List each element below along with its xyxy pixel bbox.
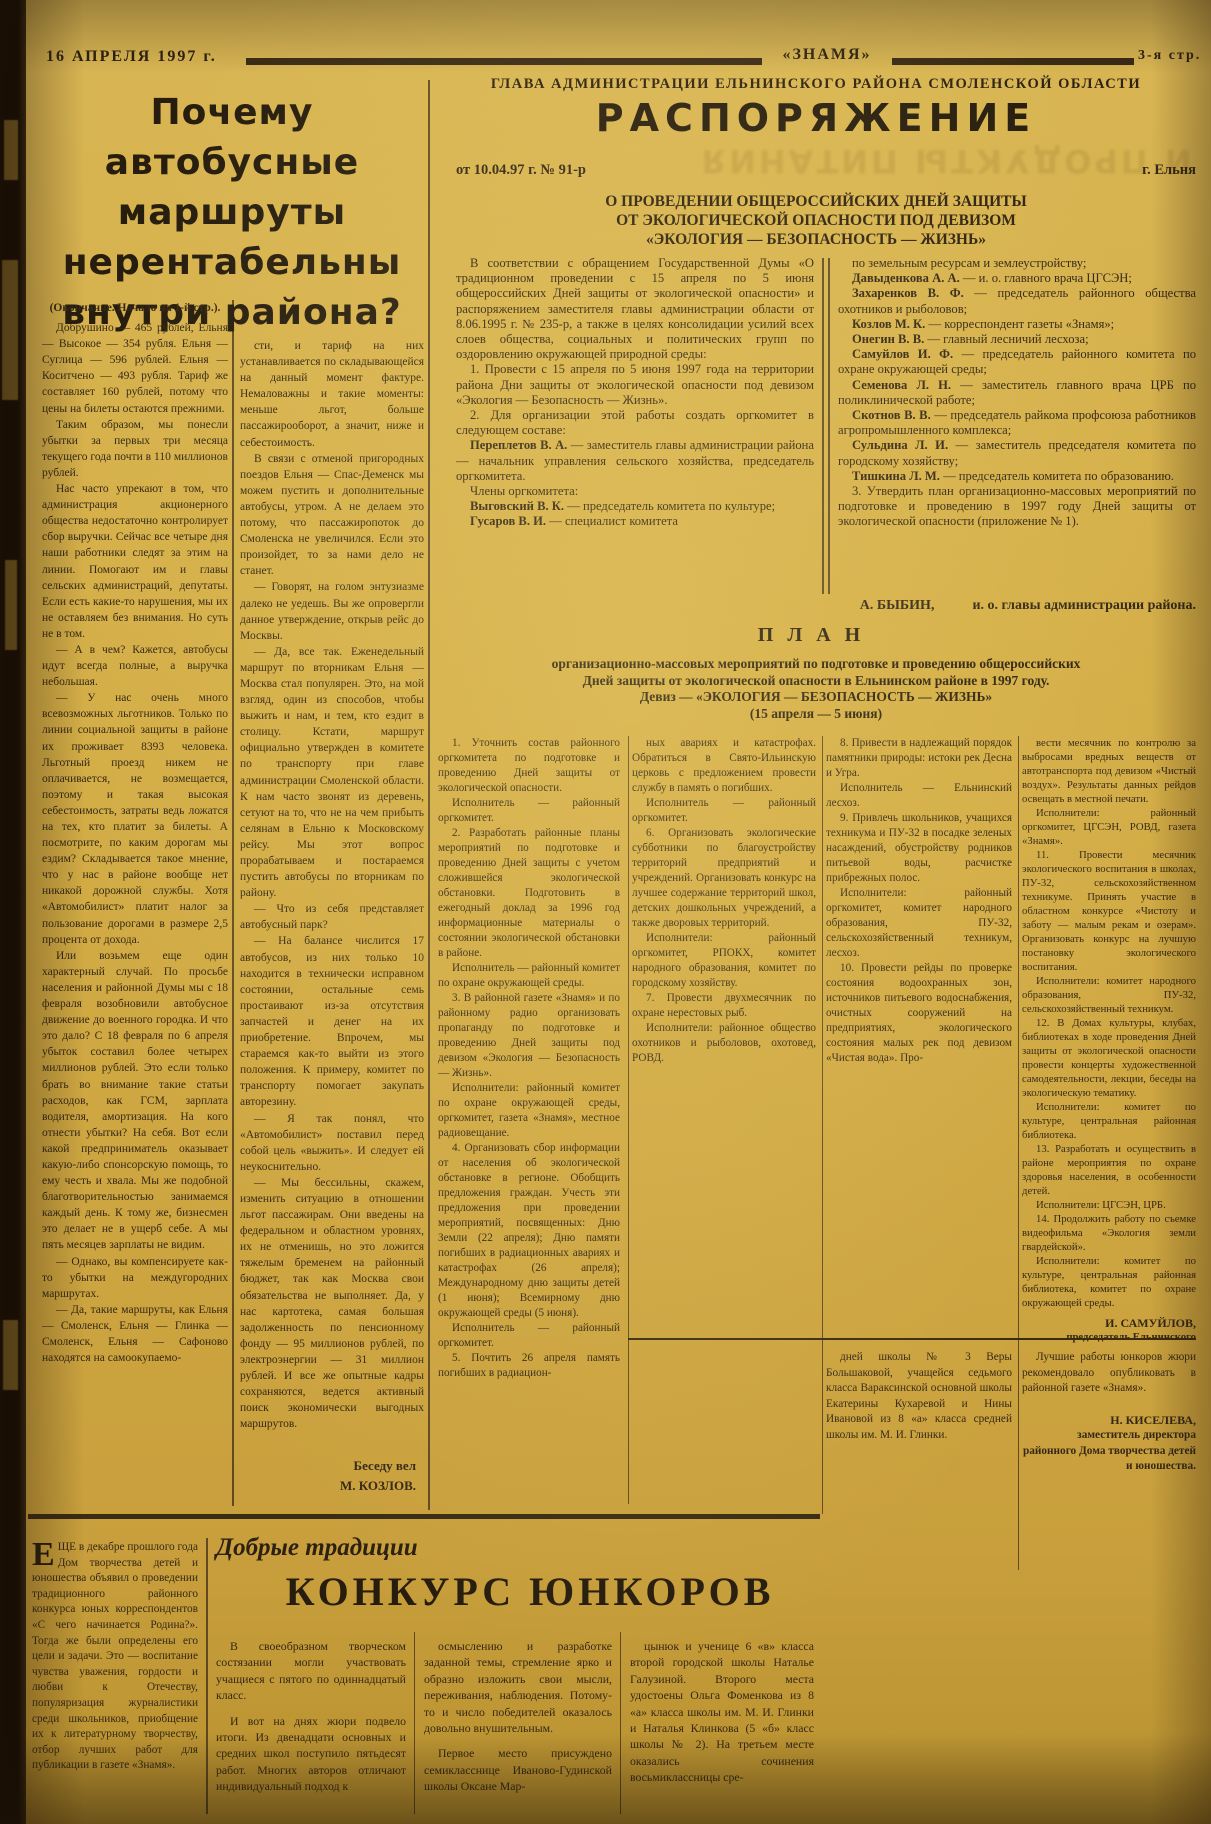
plan-paragraph: Исполнитель — районный оргкомитет. — [632, 796, 816, 826]
continuation-note: (Окончание. Начало на 1-й стр.). — [42, 300, 228, 316]
headline-line: маршруты — [38, 188, 426, 238]
masthead-rule-right — [892, 58, 1134, 65]
order-paragraph: Переплетов В. А. — заместитель главы адм… — [456, 438, 814, 484]
page-spine-shadow — [0, 0, 26, 1824]
order-signature: А. БЫБИН,и. о. главы администрации район… — [456, 598, 1196, 614]
article-paragraph: — У нас очень много всевозможных льготни… — [42, 690, 228, 948]
order-paragraph: Тишкина Л. М. — председатель комитета по… — [838, 469, 1196, 484]
article-paragraph: В связи с отменой пригородных поездов Ел… — [240, 451, 424, 580]
junior-headline: КОНКУРС ЮНКОРОВ — [250, 1568, 810, 1615]
order-signature-name: А. БЫБИН, — [860, 598, 935, 613]
article-paragraph: — На балансе числится 17 автобусов, из н… — [240, 933, 424, 1110]
article-paragraph: Таким образом, мы понесли убытки за перв… — [42, 417, 228, 481]
order-paragraph: Захаренков В. Ф. — председатель районног… — [838, 286, 1196, 316]
article-column-2-text: сти, и тариф на них устанавливается по с… — [240, 338, 424, 1432]
article-paragraph: — Да, все так. Еженедельный маршрут по в… — [240, 644, 424, 902]
junior-signature-title: заместитель директора районного Дома тво… — [1023, 1429, 1196, 1472]
junior-column-3: цынюк и ученице 6 «в» класса второй горо… — [630, 1638, 814, 1816]
plan-paragraph: ных авариях и катастрофах. Обратиться в … — [632, 736, 816, 796]
plan-paragraph: 4. Организовать сбор информации от насел… — [438, 1141, 620, 1321]
order-subject-line: ОТ ЭКОЛОГИЧЕСКОЙ ОПАСНОСТИ ПОД ДЕВИЗОМ — [436, 211, 1196, 230]
junior-intro-text: ЩЕ в декабре прошлого года Дом творчеств… — [32, 1541, 198, 1771]
junior-paragraph: цынюк и ученице 6 «в» класса второй горо… — [630, 1638, 814, 1786]
plan-subtitle-line: Дней защиты от экологической опасности в… — [436, 673, 1196, 690]
order-paragraph: 2. Для организации этой работы создать о… — [456, 408, 814, 438]
order-paragraph: 1. Провести с 15 апреля по 5 июня 1997 г… — [456, 362, 814, 408]
article-column-divider — [232, 300, 234, 1506]
plan-paragraph: 2. Разработать районные планы мероприяти… — [438, 826, 620, 961]
order-double-rule-b — [828, 258, 830, 594]
order-subject-line: «ЭКОЛОГИЯ — БЕЗОПАСНОСТЬ — ЖИЗНЬ» — [436, 230, 1196, 249]
plan-paragraph: 11. Провести месячник экологического вос… — [1022, 848, 1196, 974]
plan-paragraph: Исполнитель — Ельнинский лесхоз. — [826, 781, 1012, 811]
junior-paragraph: осмыслению и разработке заданной темы, с… — [424, 1638, 612, 1736]
plan-subtitle: организационно-массовых мероприятий по п… — [436, 656, 1196, 722]
plan-paragraph: 10. Провести рейды по проверке состояния… — [826, 961, 1012, 1066]
main-column-divider — [428, 80, 430, 1510]
order-column-1: В соответствии с обращением Государствен… — [456, 256, 814, 594]
order-paragraph: по земельным ресурсам и землеустройству; — [838, 256, 1196, 271]
order-paragraph: Члены оргкомитета: — [456, 484, 814, 499]
plan-paragraph: Исполнители: комитет по культуре, центра… — [1022, 1100, 1196, 1142]
article-paragraph: — Да, такие маршруты, как Ельня — Смолен… — [42, 1302, 228, 1366]
order-title: РАСПОРЯЖЕНИЕ — [436, 96, 1196, 140]
order-paragraph: Сульдина Л. И. — заместитель председател… — [838, 438, 1196, 468]
article-paragraph: — Я так понял, что «Автомобилист» постав… — [240, 1111, 424, 1175]
order-paragraph: Самуйлов И. Ф. — председатель районного … — [838, 347, 1196, 377]
order-signature-title: и. о. главы администрации района. — [972, 598, 1196, 613]
order-paragraph: 3. Утвердить план организационно-массовы… — [838, 484, 1196, 530]
order-paragraph: Скотнов В. В. — председатель райкома про… — [838, 408, 1196, 438]
plan-paragraph: 7. Провести двухмесячник по охране нерес… — [632, 991, 816, 1021]
plan-paragraph: Исполнители: районный оргкомитет, РПОКХ,… — [632, 931, 816, 991]
article-byline: Беседу вел М. КОЗЛОВ. — [240, 1456, 426, 1496]
order-paragraph: Давыденкова А. А. — и. о. главного врача… — [838, 271, 1196, 286]
plan-paragraph: 8. Привести в надлежащий порядок памятни… — [826, 736, 1012, 781]
junior-gutter-1 — [414, 1632, 415, 1814]
plan-subtitle-line: организационно-массовых мероприятий по п… — [436, 656, 1196, 673]
plan-paragraph: 9. Привлечь школьников, учащихся технику… — [826, 811, 1012, 886]
plan-paragraph: Исполнитель — районный оргкомитет. — [438, 796, 620, 826]
article-column-1-text: Добрушино — 465 рублей, Ельня — Высокое … — [42, 320, 228, 1366]
plan-subtitle-line: (15 апреля — 5 июня) — [436, 706, 1196, 723]
plan-paragraph: вести месячник по контролю за выбросами … — [1022, 736, 1196, 806]
article-column-1: (Окончание. Начало на 1-й стр.). Добруши… — [42, 300, 228, 1508]
byline-name: М. КОЗЛОВ. — [340, 1478, 416, 1493]
plan-column-4: вести месячник по контролю за выбросами … — [1022, 736, 1196, 1346]
masthead-title: «ЗНАМЯ» — [766, 46, 888, 64]
plan-column-1: 1. Уточнить состав районного оргкомитета… — [438, 736, 620, 1506]
order-doc-number: от 10.04.97 г. № 91-р — [456, 162, 586, 179]
plan-bottom-rule — [628, 1338, 1196, 1340]
junior-signature-name: Н. КИСЕЛЕВА, — [1022, 1413, 1196, 1429]
order-paragraph: Семенова Л. Н. — заместитель главного вр… — [838, 378, 1196, 408]
junior-paragraph: В своеобразном творческом состязании мог… — [216, 1638, 406, 1704]
order-column-2: по земельным ресурсам и землеустройству;… — [838, 256, 1196, 594]
article-paragraph: — А в чем? Кажется, автобусы идут всегда… — [42, 642, 228, 690]
order-subject-line: О ПРОВЕДЕНИИ ОБЩЕРОССИЙСКИХ ДНЕЙ ЗАЩИТЫ — [436, 192, 1196, 211]
junior-paragraph: Лучшие работы юнкоров жюри рекомендовало… — [1022, 1350, 1196, 1397]
plan-paragraph: Исполнители: районный оргкомитет, ЦГСЭН,… — [1022, 806, 1196, 848]
article-paragraph: — Говорят, на голом энтузиазме далеко не… — [240, 579, 424, 643]
plan-paragraph: Исполнители: комитет народного образован… — [1022, 974, 1196, 1016]
junior-right-column-2: Лучшие работы юнкоров жюри рекомендовало… — [1022, 1350, 1196, 1570]
order-paragraph: Козлов М. К. — корреспондент газеты «Зна… — [838, 317, 1196, 332]
junior-intro-column: ЕЩЕ в декабре прошлого года Дом творчест… — [32, 1540, 198, 1812]
masthead-date: 16 АПРЕЛЯ 1997 г. — [46, 48, 217, 66]
junior-gutter-2 — [620, 1632, 621, 1814]
article-paragraph: — Однако, вы компенсируете как-то убытки… — [42, 1254, 228, 1302]
order-paragraph: Онегин В. В. — главный лесничий лесхоза; — [838, 332, 1196, 347]
plan-gutter-2 — [822, 736, 823, 1514]
order-paragraph: В соответствии с обращением Государствен… — [456, 256, 814, 362]
plan-paragraph: Исполнители: ЦГСЭН, ЦРБ. — [1022, 1198, 1196, 1212]
plan-paragraph: 12. В Домах культуры, клубах, библиотека… — [1022, 1016, 1196, 1100]
junior-paragraph: Первое место присуждено семикласснице Ив… — [424, 1745, 612, 1794]
article-column-2: сти, и тариф на них устанавливается по с… — [240, 338, 424, 1450]
order-double-rule-a — [822, 258, 824, 594]
order-paragraph: Гусаров В. И. — специалист комитета — [456, 514, 814, 529]
plan-column-2: ных авариях и катастрофах. Обратиться в … — [632, 736, 816, 1336]
order-docline: от 10.04.97 г. № 91-р г. Ельня — [456, 162, 1196, 179]
plan-column-3: 8. Привести в надлежащий порядок памятни… — [826, 736, 1012, 1336]
junior-column-1: В своеобразном творческом состязании мог… — [216, 1638, 406, 1816]
plan-paragraph: Исполнители: комитет по культуре, центра… — [1022, 1254, 1196, 1310]
plan-paragraph: 13. Разработать и осуществить в районе м… — [1022, 1142, 1196, 1198]
article-paragraph: сти, и тариф на них устанавливается по с… — [240, 338, 424, 451]
plan-paragraph: Исполнитель — районный комитет по охране… — [438, 961, 620, 991]
junior-paragraph: И вот на днях жюри подвело итоги. Из две… — [216, 1713, 406, 1795]
page-number: 3-я стр. — [1138, 48, 1201, 64]
order-place: г. Ельня — [1142, 162, 1196, 179]
headline-line: Почему автобусные — [38, 88, 426, 188]
plan-paragraph: 1. Уточнить состав районного оргкомитета… — [438, 736, 620, 796]
article-paragraph: Или возьмем еще один характерный случай.… — [42, 948, 228, 1254]
plan-paragraph: Исполнители: районный комитет по охране … — [438, 1081, 620, 1141]
junior-intro-paragraph: ЕЩЕ в декабре прошлого года Дом творчест… — [32, 1540, 198, 1774]
plan-paragraph: Исполнители: районный оргкомитет, комите… — [826, 886, 1012, 961]
plan-signature-name: И. САМУЙЛОВ, — [1022, 1316, 1196, 1330]
plan-gutter-1 — [628, 736, 629, 1504]
junior-gutter-0 — [206, 1538, 208, 1814]
plan-paragraph: 14. Продолжить работу по съемке видеофил… — [1022, 1212, 1196, 1254]
bottom-section-rule — [28, 1514, 820, 1519]
junior-right-column-2-text: Лучшие работы юнкоров жюри рекомендовало… — [1022, 1350, 1196, 1397]
plan-paragraph: Исполнители: районное общество охотников… — [632, 1021, 816, 1066]
article-paragraph: Нас часто упрекают в том, что администра… — [42, 481, 228, 642]
plan-subtitle-line: Девиз — «ЭКОЛОГИЯ — БЕЗОПАСНОСТЬ — ЖИЗНЬ… — [436, 689, 1196, 706]
plan-paragraph: 5. Почтить 26 апреля память погибших в р… — [438, 1351, 620, 1381]
headline-line: нерентабельны — [38, 238, 426, 288]
junior-column-2: осмыслению и разработке заданной темы, с… — [424, 1638, 612, 1816]
masthead-rule-left — [246, 58, 762, 65]
plan-title: ПЛАН — [436, 624, 1196, 647]
order-paragraph: Выговский В. К. — председатель комитета … — [456, 499, 814, 514]
plan-signature: И. САМУЙЛОВ, председатель Ельнинского ко… — [1022, 1316, 1196, 1346]
junior-kicker: Добрые традиции — [216, 1534, 418, 1562]
plan-paragraph: 6. Организовать экологические субботники… — [632, 826, 816, 931]
article-paragraph: — Мы бессильны, скажем, изменить ситуаци… — [240, 1175, 424, 1433]
byline-label: Беседу вел — [354, 1458, 416, 1473]
plan-column-4-text: вести месячник по контролю за выбросами … — [1022, 736, 1196, 1310]
article-paragraph: Добрушино — 465 рублей, Ельня — Высокое … — [42, 320, 228, 417]
article-paragraph: — Что из себя представляет автобусный па… — [240, 901, 424, 933]
order-subject: О ПРОВЕДЕНИИ ОБЩЕРОССИЙСКИХ ДНЕЙ ЗАЩИТЫО… — [436, 192, 1196, 249]
newspaper-page: И ПРОДУКТЫ ПИТАНИЯ 16 АПРЕЛЯ 1997 г. «ЗН… — [0, 0, 1211, 1824]
plan-gutter-3 — [1018, 736, 1019, 1570]
plan-paragraph: Исполнитель — районный оргкомитет. — [438, 1321, 620, 1351]
order-kicker: ГЛАВА АДМИНИСТРАЦИИ ЕЛЬНИНСКОГО РАЙОНА С… — [436, 76, 1196, 93]
plan-paragraph: 3. В районной газете «Знамя» и по районн… — [438, 991, 620, 1081]
junior-right-column-1: дней школы № 3 Веры Большаковой, учащейс… — [826, 1350, 1012, 1510]
junior-dropcap: Е — [32, 1540, 58, 1570]
junior-paragraph: дней школы № 3 Веры Большаковой, учащейс… — [826, 1350, 1012, 1443]
junior-signature: Н. КИСЕЛЕВА, заместитель директора район… — [1022, 1413, 1196, 1475]
